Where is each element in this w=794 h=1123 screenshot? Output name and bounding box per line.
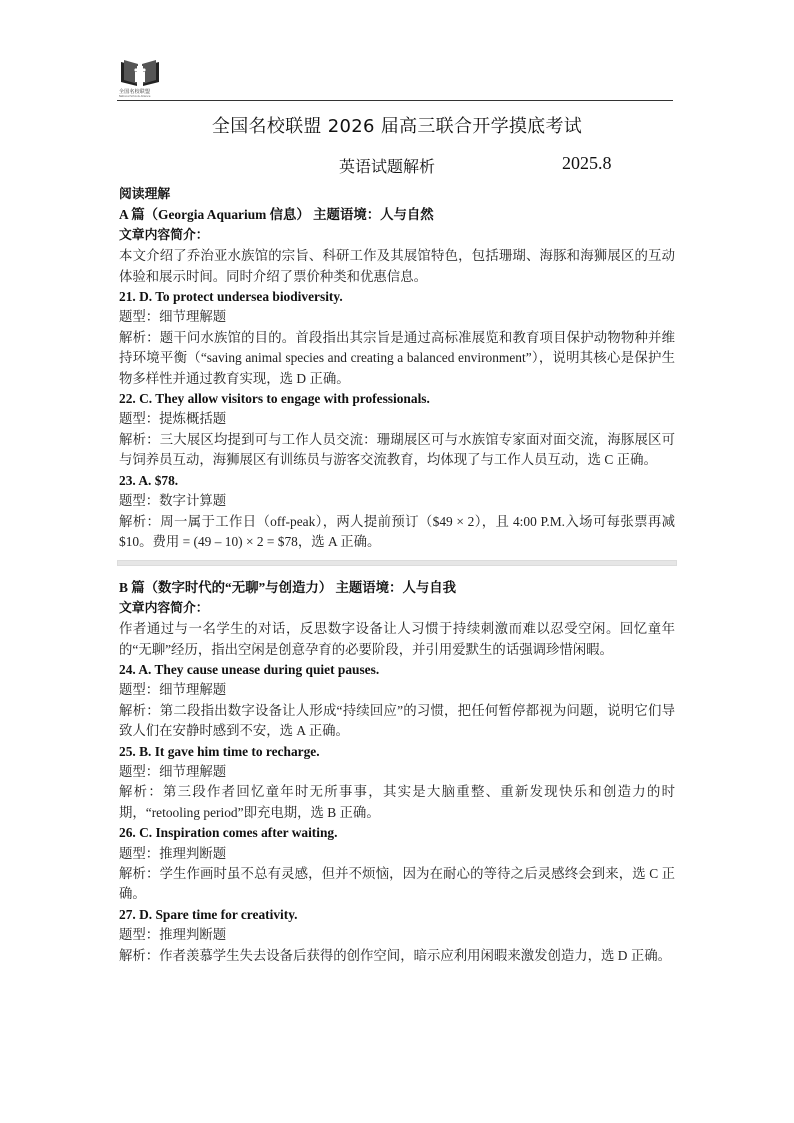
document-page: 全国名校联盟 National Schools Alliance 全国名校联盟 … (0, 0, 794, 1123)
question-answer: 26. C. Inspiration comes after waiting. (119, 823, 675, 843)
intro-label: 文章内容简介： (119, 226, 675, 246)
question-item: 24. A. They cause unease during quiet pa… (119, 660, 675, 742)
question-answer: 24. A. They cause unease during quiet pa… (119, 660, 675, 680)
logo-subtext: National Schools Alliance (119, 95, 150, 98)
question-analysis: 解析：周一属于工作日（off-peak），两人提前预订（$49 × 2），且 4… (119, 512, 675, 553)
intro-text: 作者通过与一名学生的对话，反思数字设备让人习惯于持续刺激而难以忍受空闲。回忆童年… (119, 619, 675, 660)
question-item: 22. C. They allow visitors to engage wit… (119, 389, 675, 471)
document-title: 全国名校联盟 2026 届高三联合开学摸底考试 (0, 112, 794, 138)
question-type: 题型：推理判断题 (119, 925, 675, 945)
document-subtitle: 英语试题解析 (339, 154, 435, 177)
question-answer: 23. A. $78. (119, 471, 675, 491)
question-item: 23. A. $78. 题型：数字计算题 解析：周一属于工作日（off-peak… (119, 471, 675, 553)
question-item: 27. D. Spare time for creativity. 题型：推理判… (119, 905, 675, 966)
question-type: 题型：细节理解题 (119, 307, 675, 327)
question-analysis: 解析：第三段作者回忆童年时无所事事，其实是大脑重整、重新发现快乐和创造力的时期，… (119, 782, 675, 823)
question-analysis: 解析：作者羡慕学生失去设备后获得的创作空间，暗示应利用闲暇来激发创造力，选 D … (119, 946, 675, 966)
passage-b: B 篇（数字时代的“无聊”与创造力） 主题语境：人与自我 文章内容简介： 作者通… (119, 578, 675, 966)
question-analysis: 解析：学生作画时虽不总有灵感，但并不烦恼，因为在耐心的等待之后灵感终会到来，选 … (119, 864, 675, 905)
passage-heading: B 篇（数字时代的“无聊”与创造力） 主题语境：人与自我 (119, 578, 675, 598)
question-type: 题型：提炼概括题 (119, 409, 675, 429)
question-type: 题型：细节理解题 (119, 762, 675, 782)
intro-text: 本文介绍了乔治亚水族馆的宗旨、科研工作及其展馆特色，包括珊瑚、海豚和海狮展区的互… (119, 246, 675, 287)
question-answer: 21. D. To protect undersea biodiversity. (119, 287, 675, 307)
question-answer: 25. B. It gave him time to recharge. (119, 742, 675, 762)
content-body: 阅读理解 A 篇（Georgia Aquarium 信息） 主题语境：人与自然 … (119, 185, 675, 966)
question-type: 题型：数字计算题 (119, 491, 675, 511)
question-analysis: 解析：题干问水族馆的目的。首段指出其宗旨是通过高标准展览和教育项目保护动物物种并… (119, 328, 675, 389)
intro-label: 文章内容简介： (119, 599, 675, 619)
section-heading: 阅读理解 (119, 185, 675, 205)
section-separator (117, 560, 677, 566)
question-type: 题型：推理判断题 (119, 844, 675, 864)
document-date: 2025.8 (562, 153, 612, 174)
question-answer: 27. D. Spare time for creativity. (119, 905, 675, 925)
question-analysis: 解析：三大展区均提到可与工作人员交流：珊瑚展区可与水族馆专家面对面交流，海豚展区… (119, 430, 675, 471)
passage-heading: A 篇（Georgia Aquarium 信息） 主题语境：人与自然 (119, 205, 675, 225)
question-type: 题型：细节理解题 (119, 680, 675, 700)
header-rule (117, 100, 673, 101)
question-analysis: 解析：第二段指出数字设备让人形成“持续回应”的习惯，把任何暂停都视为问题，说明它… (119, 701, 675, 742)
passage-a: A 篇（Georgia Aquarium 信息） 主题语境：人与自然 文章内容简… (119, 205, 675, 552)
question-item: 21. D. To protect undersea biodiversity.… (119, 287, 675, 389)
question-item: 26. C. Inspiration comes after waiting. … (119, 823, 675, 905)
question-answer: 22. C. They allow visitors to engage wit… (119, 389, 675, 409)
question-item: 25. B. It gave him time to recharge. 题型：… (119, 742, 675, 824)
logo-text: 全国名校联盟 (119, 88, 150, 95)
